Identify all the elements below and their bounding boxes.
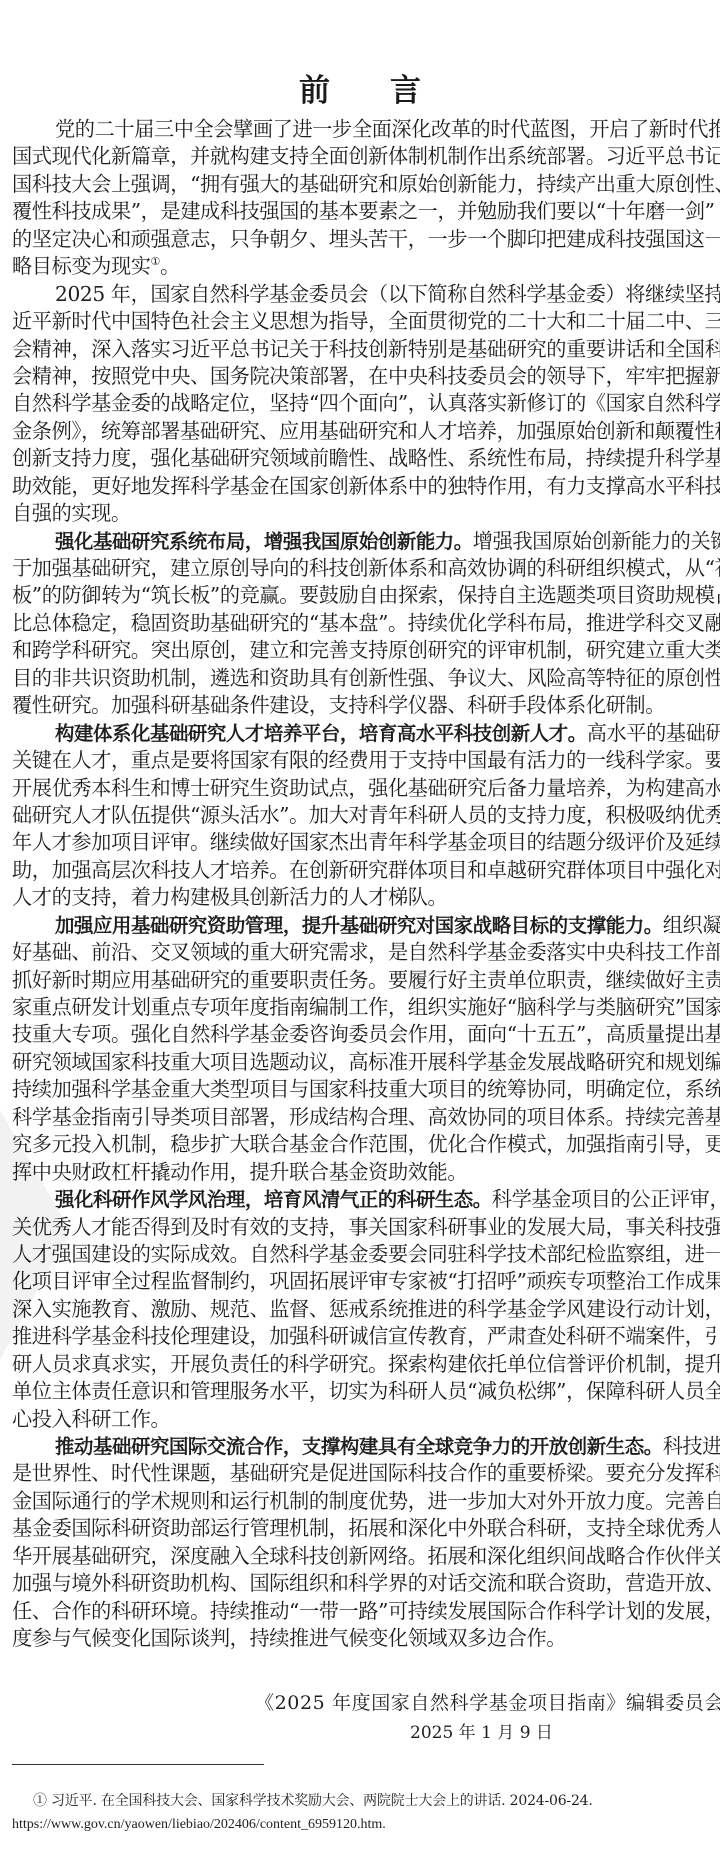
text-line: 略目标变为现实①。 (12, 253, 709, 280)
text-line: 研人员求真求实，开展负责任的科学研究。探索构建依托单位信誉评价机制，提升依托 (12, 1351, 709, 1378)
page-title: 前言 (0, 65, 720, 110)
text-line: 的坚定决心和顽强意志，只争朝夕、埋头苦干，一步一个脚印把建成科技强国这一战 (12, 226, 709, 253)
text-line: 华开展基础研究，深度融入全球科技创新网络。拓展和深化组织间战略合作伙伴关系， (12, 1543, 709, 1570)
text-line: 覆性研究。加强科研基础条件建设，支持科学仪器、科研手段体系化研制。 (12, 692, 709, 719)
text-line: 年人才参加项目评审。继续做好国家杰出青年科学基金项目的结题分级评价及延续资 (12, 829, 709, 856)
text-line: 金条例》，统筹部署基础研究、应用基础研究和人才培养，加强原始创新和颠覆性科技 (12, 418, 709, 445)
text-line: 2025 年，国家自然科学基金委员会（以下简称自然科学基金委）将继续坚持以习 (12, 281, 709, 308)
text-line: 国式现代化新篇章，并就构建支持全面创新体制机制作出系统部署。习近平总书记在全 (12, 143, 709, 170)
text-line: 技重大专项。强化自然科学基金委咨询委员会作用，面向“十五五”，高质量提出基础 (12, 1021, 709, 1048)
text-line: 任、合作的科研环境。持续推动“一带一路”可持续发展国际合作科学计划的发展，深 (12, 1598, 709, 1625)
text-line: 人才的支持，着力构建极具创新活力的人才梯队。 (12, 884, 709, 911)
text-line: 强化科研作风学风治理，培育风清气正的科研生态。科学基金项目的公正评审，事 (12, 1186, 709, 1213)
text-line: 深入实施教育、激励、规范、监督、惩戒系统推进的科学基金学风建设行动计划，有序 (12, 1296, 709, 1323)
paragraph-lead-heading: 强化基础研究系统布局，增强我国原始创新能力。 (55, 530, 473, 553)
footnote-ref[interactable]: ① (151, 255, 160, 268)
text-line: 近平新时代中国特色社会主义思想为指导，全面贯彻党的二十大和二十届二中、三中全 (12, 308, 709, 335)
paragraph: 构建体系化基础研究人才培养平台，培育高水平科技创新人才。高水平的基础研究关键在人… (12, 720, 709, 912)
footnote: ① 习近平. 在全国科技大会、国家科学技术奖励大会、两院院士大会上的讲话. 20… (12, 1790, 712, 1836)
text-line: 是世界性、时代性课题，基础研究是促进国际科技合作的重要桥梁。要充分发挥科学基 (12, 1460, 709, 1487)
text-line: 助，加强高层次科技人才培养。在创新研究群体项目和卓越研究群体项目中强化对青年 (12, 857, 709, 884)
text-line: 推进科学基金科技伦理建设，加强科研诚信宣传教育，严肃查处科研不端案件，引导科 (12, 1323, 709, 1350)
text-line: 家重点研发计划重点专项年度指南编制工作，组织实施好“脑科学与类脑研究”国家科 (12, 994, 709, 1021)
text-line: 化项目评审全过程监督制约，巩固拓展评审专家被“打招呼”顽疾专项整治工作成果。 (12, 1268, 709, 1295)
text-line: 单位主体责任意识和管理服务水平，切实为科研人员“减负松绑”，保障科研人员全身 (12, 1378, 709, 1405)
text-line: 自强的实现。 (12, 500, 709, 527)
text-line: 比总体稳定，稳固资助基础研究的“基本盘”。持续优化学科布局，推进学科交叉融合 (12, 610, 709, 637)
text-line: 覆性科技成果”，是建成科技强国的基本要素之一，并勉励我们要以“十年磨一剑” (12, 198, 709, 225)
text-line: 推动基础研究国际交流合作，支撑构建具有全球竞争力的开放创新生态。科技进步 (12, 1433, 709, 1460)
paragraph-lead-heading: 推动基础研究国际交流合作，支撑构建具有全球竞争力的开放创新生态。 (55, 1435, 663, 1458)
paragraph: 加强应用基础研究资助管理，提升基础研究对国家战略目标的支撑能力。组织凝练好基础、… (12, 912, 709, 1186)
text-line: 心投入科研工作。 (12, 1406, 709, 1433)
footnote-divider (12, 1764, 264, 1765)
text-line: 开展优秀本科生和博士研究生资助试点，强化基础研究后备力量培养，为构建高水平基 (12, 775, 709, 802)
preface-body: 党的二十届三中全会擘画了进一步全面深化改革的时代蓝图，开启了新时代推进中国式现代… (12, 116, 709, 1653)
paragraph: 强化科研作风学风治理，培育风清气正的科研生态。科学基金项目的公正评审，事关优秀人… (12, 1186, 709, 1433)
footnote-url[interactable]: https://www.gov.cn/yaowen/liebiao/202406… (12, 1813, 712, 1836)
text-line: 和跨学科研究。突出原创，建立和完善支持原创研究的评审机制，研究建立重大类型项 (12, 637, 709, 664)
paragraph-lead-heading: 加强应用基础研究资助管理，提升基础研究对国家战略目标的支撑能力。 (55, 914, 663, 937)
text-line: 加强应用基础研究资助管理，提升基础研究对国家战略目标的支撑能力。组织凝练 (12, 912, 709, 939)
text-line: 研究领域国家科技重大项目选题动议，高标准开展科学基金发展战略研究和规划编制。 (12, 1049, 709, 1076)
text-line: 强化基础研究系统布局，增强我国原始创新能力。增强我国原始创新能力的关键在 (12, 528, 709, 555)
text-line: 目的非共识资助机制，遴选和资助具有创新性强、争议大、风险高等特征的原创性、颠 (12, 665, 709, 692)
text-line: 构建体系化基础研究人才培养平台，培育高水平科技创新人才。高水平的基础研究 (12, 720, 709, 747)
paragraph-lead-heading: 构建体系化基础研究人才培养平台，培育高水平科技创新人才。 (55, 722, 587, 745)
text-line: 究多元投入机制，稳步扩大联合基金合作范围，优化合作模式，加强指南引导，更好发 (12, 1131, 709, 1158)
paragraph: 党的二十届三中全会擘画了进一步全面深化改革的时代蓝图，开启了新时代推进中国式现代… (12, 116, 709, 281)
text-line: 会精神，按照党中央、国务院决策部署，在中央科技委员会的领导下，牢牢把握新时期 (12, 363, 709, 390)
text-line: 党的二十届三中全会擘画了进一步全面深化改革的时代蓝图，开启了新时代推进中 (12, 116, 709, 143)
text-line: 持续加强科学基金重大类型项目与国家科技重大项目的统筹协同，明确定位，系统谋划 (12, 1076, 709, 1103)
paragraph: 强化基础研究系统布局，增强我国原始创新能力。增强我国原始创新能力的关键在于加强基… (12, 528, 709, 720)
text-line: 好基础、前沿、交叉领域的重大研究需求，是自然科学基金委落实中央科技工作部署、 (12, 939, 709, 966)
text-line: 基金委国际科研资助部运行管理机制，拓展和深化中外联合科研，支持全球优秀人才来 (12, 1515, 709, 1542)
text-line: 创新支持力度，强化基础研究领域前瞻性、战略性、系统性布局，持续提升科学基金资 (12, 445, 709, 472)
signature: 《2025 年度国家自然科学基金项目指南》编辑委员会 (255, 1688, 720, 1715)
text-line: 抓好新时期应用基础研究的重要职责任务。要履行好主责单位职责，继续做好主责的国 (12, 967, 709, 994)
paragraph: 2025 年，国家自然科学基金委员会（以下简称自然科学基金委）将继续坚持以习近平… (12, 281, 709, 528)
text-line: 度参与气候变化国际谈判，持续推进气候变化领域双多边合作。 (12, 1625, 709, 1652)
text-line: 自然科学基金委的战略定位，坚持“四个面向”，认真落实新修订的《国家自然科学基 (12, 390, 709, 417)
text-line: 加强与境外科研资助机构、国际组织和科学界的对话交流和联合资助，营造开放、信 (12, 1570, 709, 1597)
paragraph-lead-heading: 强化科研作风学风治理，培育风清气正的科研生态。 (55, 1188, 492, 1211)
text-line: 础研究人才队伍提供“源头活水”。加大对青年科研人员的支持力度，积极吸纳优秀青 (12, 802, 709, 829)
text-line: 助效能，更好地发挥科学基金在国家创新体系中的独特作用，有力支撑高水平科技自立 (12, 473, 709, 500)
text-line: 于加强基础研究，建立原创导向的科技创新体系和高效协调的科研组织模式，从“补短 (12, 555, 709, 582)
text-line: 人才强国建设的实际成效。自然科学基金委要会同驻科学技术部纪检监察组，进一步强 (12, 1241, 709, 1268)
text-line: 板”的防御转为“筑长板”的竞赢。要鼓励自由探索，保持自主选题类项目资助规模占 (12, 582, 709, 609)
signature-date: 2025 年 1 月 9 日 (410, 1718, 553, 1743)
text-line: 挥中央财政杠杆撬动作用，提升联合基金资助效能。 (12, 1159, 709, 1186)
paragraph: 推动基础研究国际交流合作，支撑构建具有全球竞争力的开放创新生态。科技进步是世界性… (12, 1433, 709, 1653)
footnote-citation: ① 习近平. 在全国科技大会、国家科学技术奖励大会、两院院士大会上的讲话. 20… (12, 1790, 712, 1813)
text-line: 关优秀人才能否得到及时有效的支持，事关国家科研事业的发展大局，事关科技强国、 (12, 1214, 709, 1241)
text-line: 科学基金指南引导类项目部署，形成结构合理、高效协同的项目体系。持续完善基础研 (12, 1104, 709, 1131)
text-line: 会精神，深入落实习近平总书记关于科技创新特别是基础研究的重要讲话和全国科技大 (12, 336, 709, 363)
text-line: 国科技大会上强调，“拥有强大的基础研究和原始创新能力，持续产出重大原创性、颠 (12, 171, 709, 198)
text-line: 金国际通行的学术规则和运行机制的制度优势，进一步加大对外开放力度。完善自然科 (12, 1488, 709, 1515)
text-line: 关键在人才，重点是要将国家有限的经费用于支持中国最有活力的一线科学家。要持续 (12, 747, 709, 774)
